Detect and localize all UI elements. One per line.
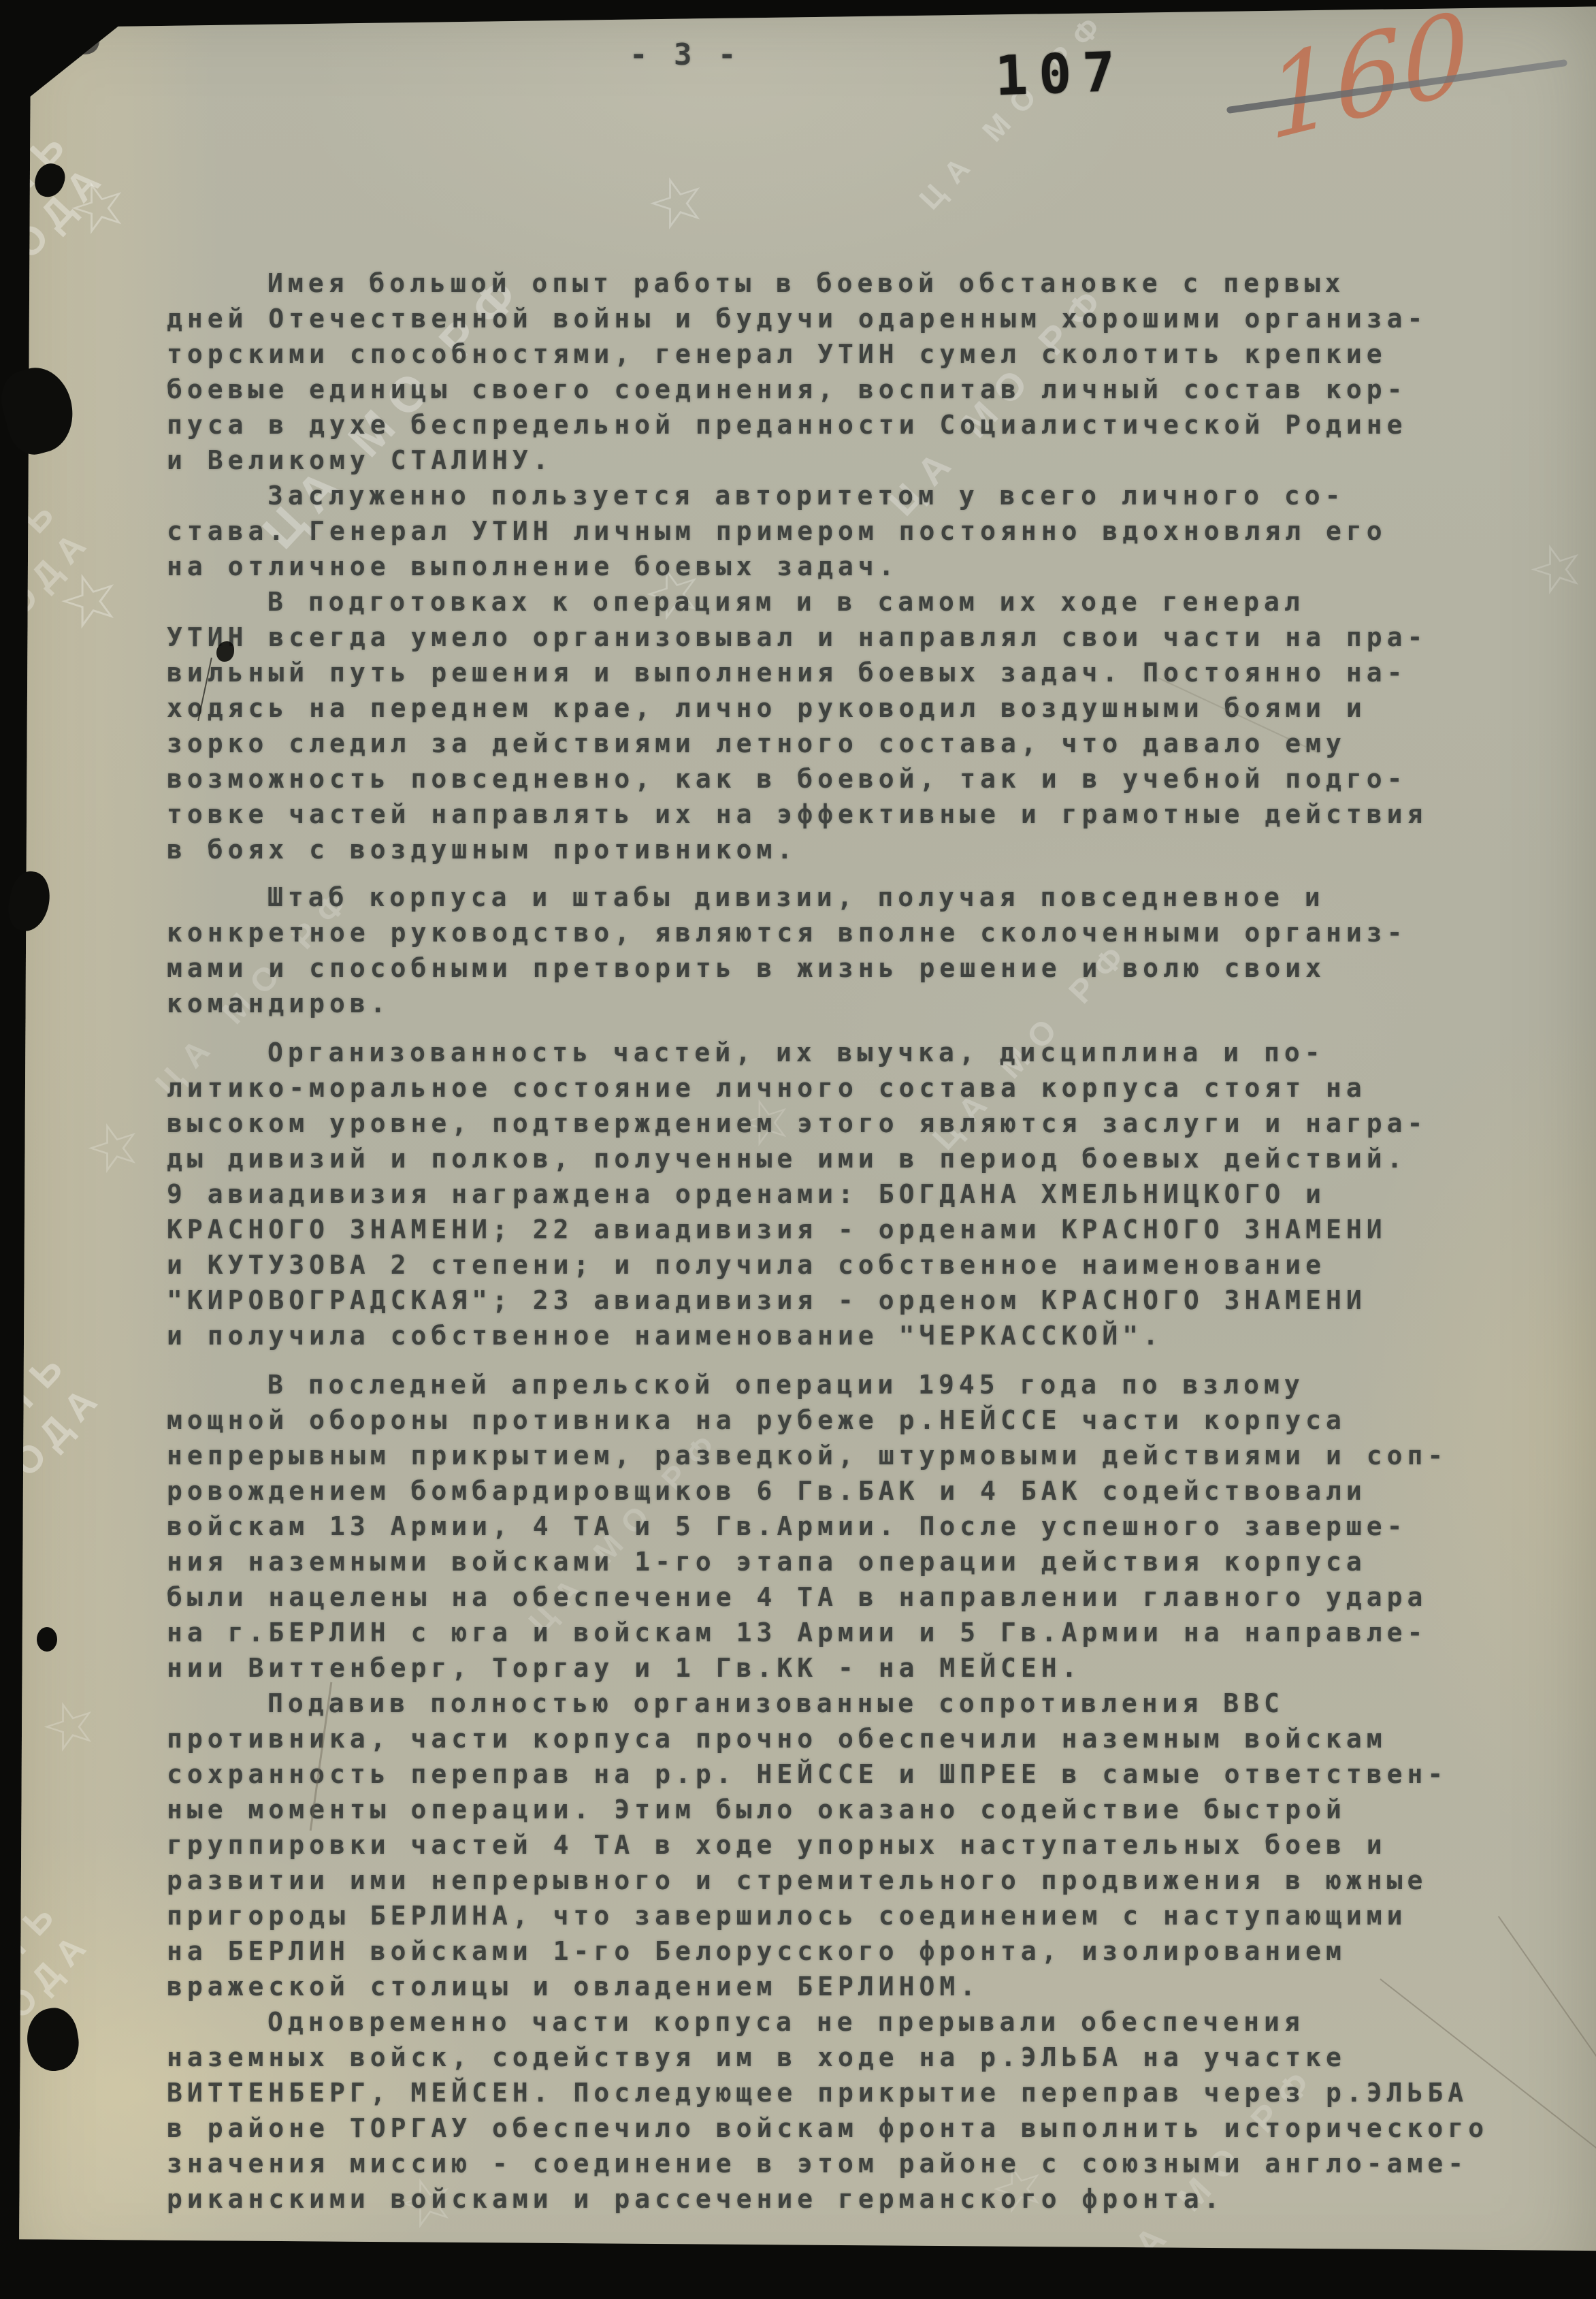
document-line: наземных войск, содействуя им в ходе на … [167,2040,1521,2075]
document-paragraph: Подавив полностью организованные сопроти… [167,1686,1521,2004]
document-line: и КУТУЗОВА 2 степени; и получила собстве… [167,1247,1521,1283]
document-line: высоком уровне, подтверждением этого явл… [167,1106,1521,1141]
document-line: риканскими войсками и рассечение германс… [167,2181,1521,2217]
document-paragraph: В подготовках к операциям и в самом их х… [167,584,1521,867]
document-line: нии Виттенберг, Торгау и 1 Гв.КК - на МЕ… [167,1650,1521,1686]
document-line: В последней апрельской операции 1945 год… [167,1367,1521,1402]
document-paragraph: Штаб корпуса и штабы дивизии, получая по… [167,880,1521,1021]
document-line: возможность повседневно, как в боевой, т… [167,761,1521,797]
document-line: дней Отечественной войны и будучи одарен… [167,301,1521,336]
archive-page-stamp: 107 [994,40,1127,108]
star-watermark-icon: ☆ [46,550,133,649]
document-line: боевые единицы своего соединения, воспит… [167,372,1521,407]
document-line: пригороды БЕРЛИНА, что завершилось соеди… [167,1898,1521,1933]
document-line: в районе ТОРГАУ обеспечило войскам фронт… [167,2110,1521,2146]
document-line: конкретное руководство, являются вполне … [167,915,1521,950]
document-paragraph: В последней апрельской операции 1945 год… [167,1367,1521,1686]
document-line: на БЕРЛИН войсками 1-го Белорусского фро… [167,1933,1521,1969]
document-line: "КИРОВОГРАДСКАЯ"; 23 авиадивизия - орден… [167,1283,1521,1318]
document-line: Заслуженно пользуется авторитетом у всег… [167,478,1521,513]
document-paragraph: Одновременно части корпуса не прерывали … [167,2004,1521,2217]
document-line: ВИТТЕНБЕРГ, МЕЙСЕН. Последующее прикрыти… [167,2075,1521,2110]
sheet-number-handwritten: 76 [29,5,107,66]
document-line: УТИН всегда умело организовывал и направ… [167,620,1521,655]
document-line: мами и способными претворить в жизнь реш… [167,950,1521,986]
star-watermark-icon: ☆ [636,155,718,249]
archive-watermark: ЦА МО РФ [913,1,1117,216]
document-line: зорко следил за действиями летного соста… [167,726,1521,761]
document-line: товке частей направлять их на эффективны… [167,797,1521,832]
document-line: вильный путь решения и выполнения боевых… [167,655,1521,690]
document-line: пуса в духе беспредельной преданности Со… [167,407,1521,443]
document-line: вражеской столицы и овладением БЕРЛИНОМ. [167,1969,1521,2004]
document-line: на г.БЕРЛИН с юга и войскам 13 Армии и 5… [167,1615,1521,1650]
document-line: КРАСНОГО ЗНАМЕНИ; 22 авиадивизия - орден… [167,1212,1521,1247]
document-line: на отличное выполнение боевых задач. [167,549,1521,584]
document-text: Имея большой опыт работы в боевой обстан… [167,266,1521,2217]
document-line: войскам 13 Армии, 4 ТА и 5 Гв.Армии. Пос… [167,1509,1521,1544]
document-line: литико-моральное состояние личного соста… [167,1070,1521,1106]
document-line: 9 авиадивизия награждена орденами: БОГДА… [167,1176,1521,1212]
document-line: были нацелены на обеспечение 4 ТА в напр… [167,1579,1521,1615]
star-watermark-icon: ☆ [31,1682,109,1771]
document-line: и получила собственное наименование "ЧЕР… [167,1318,1521,1353]
star-watermark-icon: ☆ [75,1103,153,1192]
document-line: сохранность переправ на р.р. НЕЙССЕ и ШП… [167,1756,1521,1792]
portal-watermark: ПАМЯТЬ НАРОДА [0,1338,114,1566]
document-line: Имея большой опыт работы в боевой обстан… [167,266,1521,301]
document-line: и Великому СТАЛИНУ. [167,443,1521,478]
document-line: ровождением бомбардировщиков 6 Гв.БАК и … [167,1473,1521,1509]
document-line: противника, части корпуса прочно обеспеч… [167,1721,1521,1756]
document-line: ды дивизий и полков, полученные ими в пе… [167,1141,1521,1176]
document-line: Штаб корпуса и штабы дивизии, получая по… [167,880,1521,915]
document-line: группировки частей 4 ТА в ходе упорных н… [167,1827,1521,1863]
document-line: развитии ими непрерывного и стремительно… [167,1863,1521,1898]
document-line: в боях с воздушным противником. [167,832,1521,867]
document-line: става. Генерал УТИН личным примером пост… [167,513,1521,549]
document-line: командиров. [167,986,1521,1021]
paper-sheet: ЦА МО РФ ЦА МО РФ ЦА МО РФ ЦА МО РФ ЦА М… [0,0,1596,2299]
document-line: мощной обороны противника на рубеже р.НЕ… [167,1402,1521,1438]
document-line: значения миссию - соединение в этом райо… [167,2146,1521,2181]
portal-watermark-line: НАРОДА [0,1371,114,1566]
document-line: торскими способностями, генерал УТИН сум… [167,336,1521,372]
document-line: ния наземными войсками 1-го этапа операц… [167,1544,1521,1579]
scanned-document-page: ЦА МО РФ ЦА МО РФ ЦА МО РФ ЦА МО РФ ЦА М… [0,0,1596,2299]
document-line: ходясь на переднем крае, лично руководил… [167,690,1521,726]
portal-watermark: ПАМЯТЬ НАРОДА [0,1890,103,2104]
document-line: Одновременно части корпуса не прерывали … [167,2004,1521,2040]
document-line: Организованность частей, их выучка, дисц… [167,1035,1521,1070]
document-line: ные моменты операции. Этим было оказано … [167,1792,1521,1827]
page-number: - 3 - [630,37,740,72]
document-line: Подавив полностью организованные сопроти… [167,1686,1521,1721]
document-paragraph: Имея большой опыт работы в боевой обстан… [167,266,1521,478]
document-paragraph: Организованность частей, их выучка, дисц… [167,1035,1521,1353]
star-watermark-icon: ☆ [57,159,140,254]
document-paragraph: Заслуженно пользуется авторитетом у всег… [167,478,1521,584]
document-line: В подготовках к операциям и в самом их х… [167,584,1521,620]
star-watermark-icon: ☆ [1518,524,1596,613]
paper-hole [37,1627,57,1652]
document-line: непрерывным прикрытием, разведкой, штурм… [167,1438,1521,1473]
